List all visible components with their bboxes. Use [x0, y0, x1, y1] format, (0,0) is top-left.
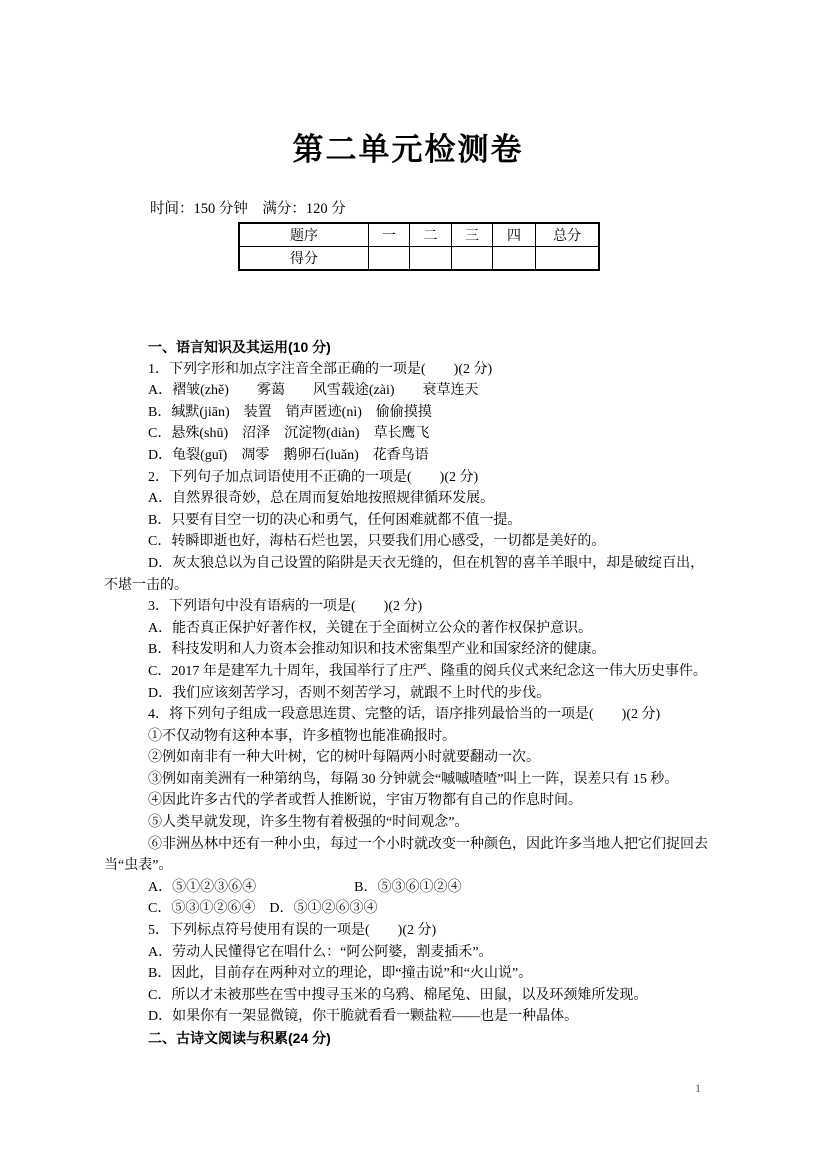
exam-page: 第二单元检测卷 时间：150 分钟 满分：120 分 题序 一 二 三 四 总分… — [0, 0, 827, 1169]
q1-option-b: B．缄默(jiān) 装置 销声匿迹(nì) 偷偷摸摸 — [104, 402, 712, 424]
exam-meta-line: 时间：150 分钟 满分：120 分 — [150, 197, 346, 218]
score-cell — [410, 247, 452, 271]
score-table-label-defen: 得分 — [239, 247, 369, 271]
q2-option-b: B．只要有目空一切的决心和勇气，任何困难就都不值一提。 — [104, 510, 712, 532]
q4-sentence-4: ④因此许多古代的学者或哲人推断说，宇宙万物都有自己的作息时间。 — [104, 790, 712, 812]
q4-sentence-6: ⑥非洲丛林中还有一种小虫，每过一个小时就改变一种颜色，因此许多当地人把它们捉回去… — [104, 834, 712, 877]
score-cell — [536, 247, 600, 271]
q2-option-a: A．自然界很奇妙，总在周而复始地按照规律循环发展。 — [104, 488, 712, 510]
q3-stem: 3．下列语句中没有语病的一项是( )(2 分) — [104, 596, 712, 618]
q4-sentence-3: ③例如南美洲有一种第纳鸟，每隔 30 分钟就会“嘁嘁喳喳”叫上一阵，误差只有 1… — [104, 769, 712, 791]
q5-option-d: D．如果你有一架显微镜，你干脆就看看一颗盐粒——也是一种晶体。 — [104, 1006, 712, 1028]
page-number: 1 — [695, 1081, 701, 1096]
q3-option-a: A．能否真正保护好著作权，关键在于全面树立公众的著作权保护意识。 — [104, 618, 712, 640]
page-title: 第二单元检测卷 — [104, 124, 712, 169]
q4-stem: 4．将下列句子组成一段意思连贯、完整的话，语序排列最恰当的一项是( )(2 分) — [104, 704, 712, 726]
q3-option-d: D．我们应该刻苦学习，否则不刻苦学习，就跟不上时代的步伐。 — [104, 683, 712, 705]
score-table: 题序 一 二 三 四 总分 得分 — [238, 222, 600, 271]
q2-stem: 2．下列句子加点词语使用不正确的一项是( )(2 分) — [104, 467, 712, 489]
q1-stem: 1．下列字形和加点字注音全部正确的一项是( )(2 分) — [104, 359, 712, 381]
q4-sentence-5: ⑤人类早就发现，许多生物有着极强的“时间观念”。 — [104, 812, 712, 834]
q4-options-cd: C．⑤③①②⑥④ D．⑤①②⑥③④ — [104, 898, 712, 920]
score-cell — [369, 247, 410, 271]
q4-options-ab: A．⑤①②③⑥④ B．⑤③⑥①②④ — [104, 877, 712, 899]
score-table-col-4: 四 — [493, 223, 536, 247]
q5-option-c: C．所以才未被那些在雪中搜寻玉米的乌鸦、棉尾兔、田鼠，以及环颈雉所发现。 — [104, 985, 712, 1007]
score-table-header-row: 题序 一 二 三 四 总分 — [239, 223, 599, 247]
score-cell — [452, 247, 493, 271]
q3-option-c: C．2017 年是建军九十周年，我国举行了庄严、隆重的阅兵仪式来纪念这一伟大历史… — [104, 661, 712, 683]
section-two-heading: 二、古诗文阅读与积累(24 分) — [104, 1028, 712, 1050]
q1-option-a: A．褶皱(zhě) 雾蔼 风雪载途(zài) 衰草连天 — [104, 380, 712, 402]
score-table-col-2: 二 — [410, 223, 452, 247]
q4-sentence-2: ②例如南非有一种大叶树，它的树叶每隔两小时就要翻动一次。 — [104, 747, 712, 769]
score-table-col-1: 一 — [369, 223, 410, 247]
q5-option-b: B．因此，目前存在两种对立的理论，即“撞击说”和“火山说”。 — [104, 963, 712, 985]
q5-stem: 5．下列标点符号使用有误的一项是( )(2 分) — [104, 920, 712, 942]
q3-option-b: B．科技发明和人力资本会推动知识和技术密集型产业和国家经济的健康。 — [104, 639, 712, 661]
q1-option-c: C．悬殊(shū) 沼泽 沉淀物(diàn) 草长鹰飞 — [104, 423, 712, 445]
score-table-col-total: 总分 — [536, 223, 600, 247]
q5-option-a: A．劳动人民懂得它在唱什么：“阿公阿婆，割麦插禾”。 — [104, 942, 712, 964]
score-table-score-row: 得分 — [239, 247, 599, 271]
section-one-heading: 一、语言知识及其运用(10 分) — [104, 337, 712, 359]
exam-body: 一、语言知识及其运用(10 分) 1．下列字形和加点字注音全部正确的一项是( )… — [104, 337, 712, 1050]
score-table-col-3: 三 — [452, 223, 493, 247]
q4-sentence-1: ①不仅动物有这种本事，许多植物也能准确报时。 — [104, 726, 712, 748]
q2-option-c: C．转瞬即逝也好，海枯石烂也罢，只要我们用心感受，一切都是美好的。 — [104, 531, 712, 553]
q1-option-d: D．龟裂(guī) 凋零 鹅卵石(luǎn) 花香鸟语 — [104, 445, 712, 467]
score-cell — [493, 247, 536, 271]
score-table-label-tixu: 题序 — [239, 223, 369, 247]
q2-option-d: D．灰太狼总以为自己设置的陷阱是天衣无缝的，但在机智的喜羊羊眼中，却是破绽百出，… — [104, 553, 712, 596]
